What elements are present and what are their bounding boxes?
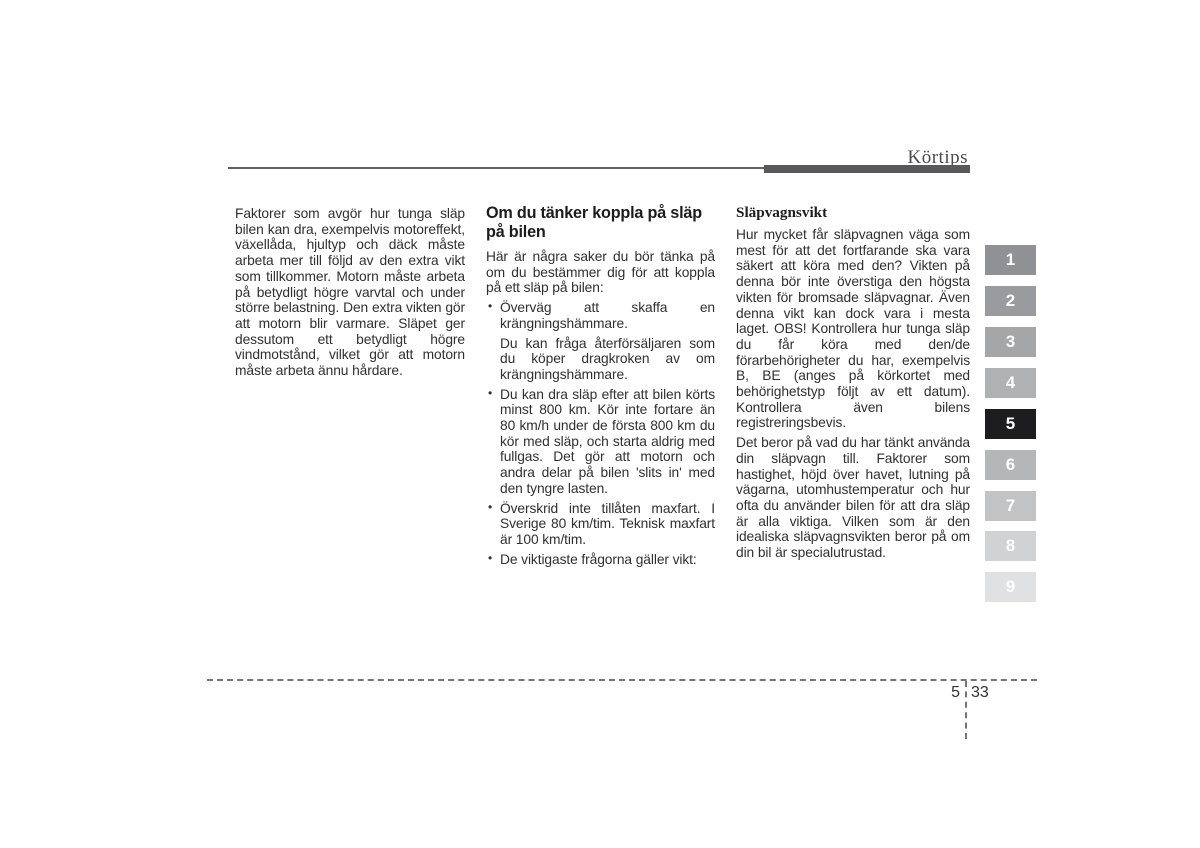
chapter-tab-label: 4 bbox=[1006, 373, 1015, 393]
text-column-2: Om du tänker koppla på släp på bilen Här… bbox=[486, 204, 715, 571]
list-item-text: Överskrid inte tillåten maxfart. I Sveri… bbox=[500, 501, 715, 547]
bullet-icon: • bbox=[488, 551, 492, 567]
list-item-text: Du kan dra släp efter att bilen körts mi… bbox=[500, 387, 715, 496]
paragraph: Faktorer som avgör hur tunga släp bilen … bbox=[235, 206, 465, 379]
text-column-3: Släpvagnsvikt Hur mycket får släpvagnen … bbox=[736, 204, 970, 565]
bullet-icon: • bbox=[488, 299, 492, 315]
chapter-tab-9: 9 bbox=[985, 572, 1036, 602]
chapter-tab-6: 6 bbox=[985, 450, 1036, 480]
list-item: • De viktigaste frågorna gäller vikt: bbox=[486, 552, 715, 568]
chapter-tab-label: 3 bbox=[1006, 332, 1015, 352]
bullet-icon: • bbox=[488, 500, 492, 516]
bullet-list: • Överväg att skaffa en krängningshämmar… bbox=[486, 300, 715, 567]
chapter-tab-1: 1 bbox=[985, 245, 1036, 275]
list-item-text: Överväg att skaffa en krängningshämmare. bbox=[500, 300, 715, 331]
chapter-tab-3: 3 bbox=[985, 327, 1036, 357]
chapter-tab-label: 8 bbox=[1006, 536, 1015, 556]
header-rule-thick bbox=[764, 165, 970, 173]
list-item: • Du kan dra släp efter att bilen körts … bbox=[486, 387, 715, 497]
chapter-tab-label: 9 bbox=[1006, 577, 1015, 597]
chapter-tab-5-active: 5 bbox=[985, 409, 1036, 439]
chapter-tab-label: 1 bbox=[1006, 250, 1015, 270]
list-item: • Överväg att skaffa en krängningshämmar… bbox=[486, 300, 715, 331]
footer-dashed-divider bbox=[965, 681, 967, 739]
paragraph: Det beror på vad du har tänkt använda di… bbox=[736, 435, 970, 561]
list-item: • Överskrid inte tillåten maxfart. I Sve… bbox=[486, 501, 715, 548]
page-number-chapter: 5 bbox=[938, 684, 960, 702]
bullet-icon: • bbox=[488, 386, 492, 402]
list-item-text: De viktigaste frågorna gäller vikt: bbox=[500, 552, 697, 567]
chapter-tab-2: 2 bbox=[985, 286, 1036, 316]
chapter-tab-label: 5 bbox=[1006, 414, 1015, 434]
paragraph: Hur mycket får släpvagnen väga som mest … bbox=[736, 227, 970, 431]
footer-dashed-rule bbox=[207, 679, 1037, 681]
manual-page: Körtips Faktorer som avgör hur tunga slä… bbox=[0, 0, 1200, 848]
section-heading: Om du tänker koppla på släp på bilen bbox=[486, 204, 723, 242]
list-item-subtext: Du kan fråga återförsäljaren som du köpe… bbox=[486, 336, 715, 383]
subsection-heading: Släpvagnsvikt bbox=[736, 204, 970, 221]
text-column-1: Faktorer som avgör hur tunga släp bilen … bbox=[235, 206, 465, 383]
chapter-tab-7: 7 bbox=[985, 491, 1036, 521]
paragraph: Här är några saker du bör tänka på om du… bbox=[486, 249, 715, 296]
chapter-tab-4: 4 bbox=[985, 368, 1036, 398]
chapter-tab-label: 6 bbox=[1006, 455, 1015, 475]
chapter-tab-8: 8 bbox=[985, 531, 1036, 561]
chapter-tab-label: 7 bbox=[1006, 496, 1015, 516]
chapter-tab-label: 2 bbox=[1006, 291, 1015, 311]
page-number: 33 bbox=[971, 684, 989, 702]
